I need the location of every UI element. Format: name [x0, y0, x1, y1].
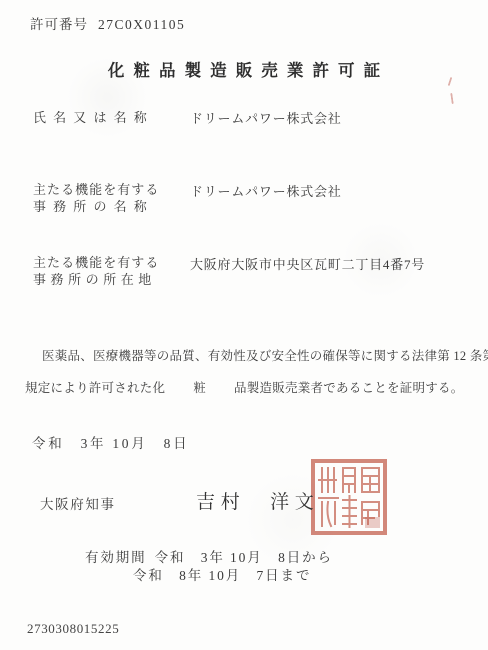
validity-from: 令和 3年 10月 8日から	[155, 550, 333, 565]
field-label-office-address-line2: 事務所の所在地	[33, 269, 156, 288]
document-title: 化粧品製造販売業許可証	[0, 57, 488, 81]
field-label-office-name-line2: 事務所の名称	[33, 196, 154, 215]
body-text-line2-part3: 品製造販売業者であることを証明する。	[234, 381, 464, 395]
license-certificate-page: 許可番号27C0X01105 化粧品製造販売業許可証 氏名又は名称 ドリームパワ…	[0, 0, 488, 650]
field-value-name: ドリームパワー株式会社	[190, 108, 342, 127]
validity-to: 令和 8年 10月 7日まで	[133, 564, 311, 584]
permit-number-label: 許可番号	[30, 17, 88, 32]
validity-period-line1: 有効期間令和 3年 10月 8日から	[85, 546, 333, 566]
issue-date: 令和 3年 10月 8日	[32, 432, 189, 452]
issuer-name: 吉村 洋文	[196, 487, 320, 514]
field-value-office-name: ドリームパワー株式会社	[190, 181, 342, 200]
validity-label: 有効期間	[85, 550, 147, 565]
red-ink-speck	[450, 93, 454, 104]
governor-seal-icon	[310, 458, 388, 536]
body-text-line2: 規定により許可された化粧品製造販売業者であることを証明する。	[25, 378, 464, 396]
body-text-line2-part2: 粧	[193, 381, 206, 395]
issuer-title: 大阪府知事	[40, 493, 116, 513]
body-text-line1: 医薬品、医療機器等の品質、有効性及び安全性の確保等に関する法律第 12 条第 1…	[42, 346, 488, 364]
permit-number-line: 許可番号27C0X01105	[30, 13, 185, 33]
permit-number-value: 27C0X01105	[98, 17, 185, 32]
field-value-office-address: 大阪府大阪市中央区瓦町二丁目4番7号	[190, 254, 425, 273]
body-text-line2-part1: 規定により許可された化	[25, 381, 165, 395]
field-label-name: 氏名又は名称	[33, 107, 154, 126]
serial-number: 2730308015225	[27, 621, 119, 637]
